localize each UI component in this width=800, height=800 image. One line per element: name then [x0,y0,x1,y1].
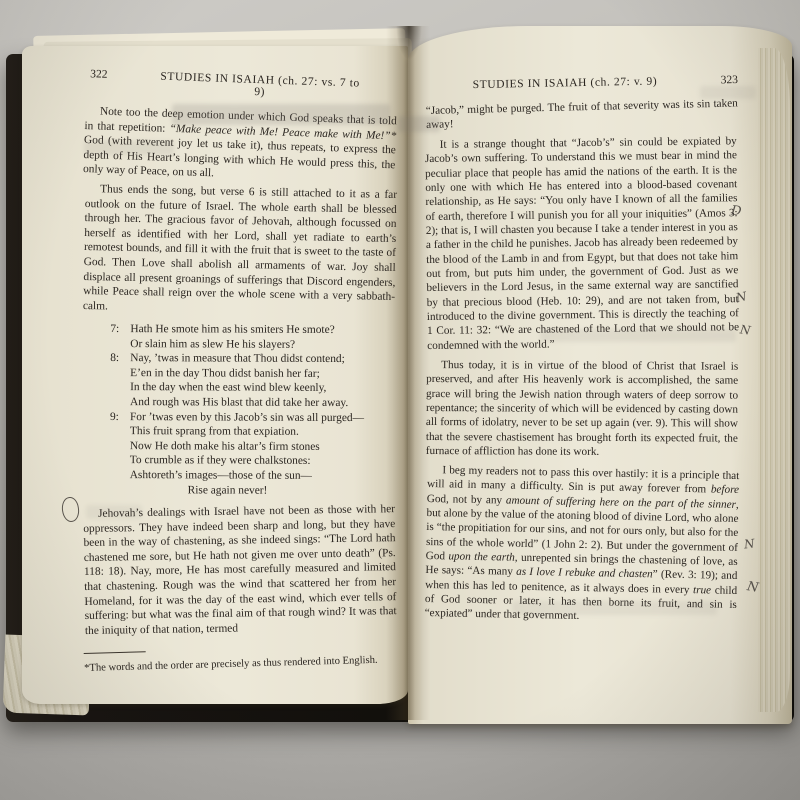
right-page-number: 323 [674,74,738,87]
right-paragraphs: “Jacob,” might be purged. The fruit of t… [426,104,738,621]
verse-line: Or slain him as slew He his slayers? [110,337,396,353]
verse-line: Now He doth make his altar’s firm stones [110,439,396,455]
paragraph: Thus today, it is in virtue of the blood… [426,358,739,460]
pencil-mark: N [739,322,751,337]
paragraph: “Jacob,” might be purged. The fruit of t… [426,96,739,132]
left-running-head-title: STUDIES IN ISAIAH (ch. 27: vs. 7 to 9) [154,70,397,102]
left-running-head: 322 STUDIES IN ISAIAH (ch. 27: vs. 7 to … [84,68,397,103]
fore-edge-page-stack [758,48,790,712]
verse-line: In the day when the east wind blew keenl… [110,381,396,397]
pencil-mark: D [730,203,742,219]
verse-line: Rise again never! [110,483,396,499]
book-photo: { "colors": { "page_paper": "#ece8d8", "… [0,0,800,800]
paragraph: I beg my readers not to pass this over h… [424,463,739,627]
verse-line: 7:Hath He smote him as his smiters He sm… [110,322,396,338]
pencil-mark: N [743,536,755,551]
paragraph: Jehovah’s dealings with Israel have not … [83,503,397,639]
paragraph: It is a strange thought that “Jacob’s” s… [425,134,740,353]
pencil-mark: N [735,289,748,305]
footnote-text: *The words and the order are precisely a… [84,653,396,675]
paragraph: Note too the deep emotion under which Go… [83,104,397,187]
verse-line: E’en in the day Thou didst banish her fa… [110,366,396,382]
verse-line: Ashtoreth’s images—those of the sun— [110,468,396,484]
left-page-number: 322 [90,68,154,82]
paragraph: Thus ends the song, but verse 6 is still… [83,182,397,319]
verse-block: 7:Hath He smote him as his smiters He sm… [110,322,397,498]
left-page: 322 STUDIES IN ISAIAH (ch. 27: vs. 7 to … [22,46,408,704]
right-running-head-title: STUDIES IN ISAIAH (ch. 27: v. 9) [426,75,674,92]
left-paragraphs-bottom: Jehovah’s dealings with Israel have not … [84,507,396,638]
footnote: *The words and the order are precisely a… [84,644,397,675]
verse-line: 9:For ’twas even by this Jacob’s sin was… [110,410,396,426]
verse-line: To crumble as if they were chalkstones: [110,454,396,470]
left-paragraphs-top: Note too the deep emotion under which Go… [84,104,396,313]
verse-line: 8:Nay, ’twas in measure that Thou didst … [110,352,396,368]
right-running-head: STUDIES IN ISAIAH (ch. 27: v. 9) 323 [426,74,738,92]
verse-line: And rough was His blast that did take he… [110,395,396,411]
right-page: STUDIES IN ISAIAH (ch. 27: v. 9) 323 “Ja… [408,26,792,724]
footnote-rule [84,651,146,654]
verse-line: This fruit sprang from that expiation. [110,424,396,440]
